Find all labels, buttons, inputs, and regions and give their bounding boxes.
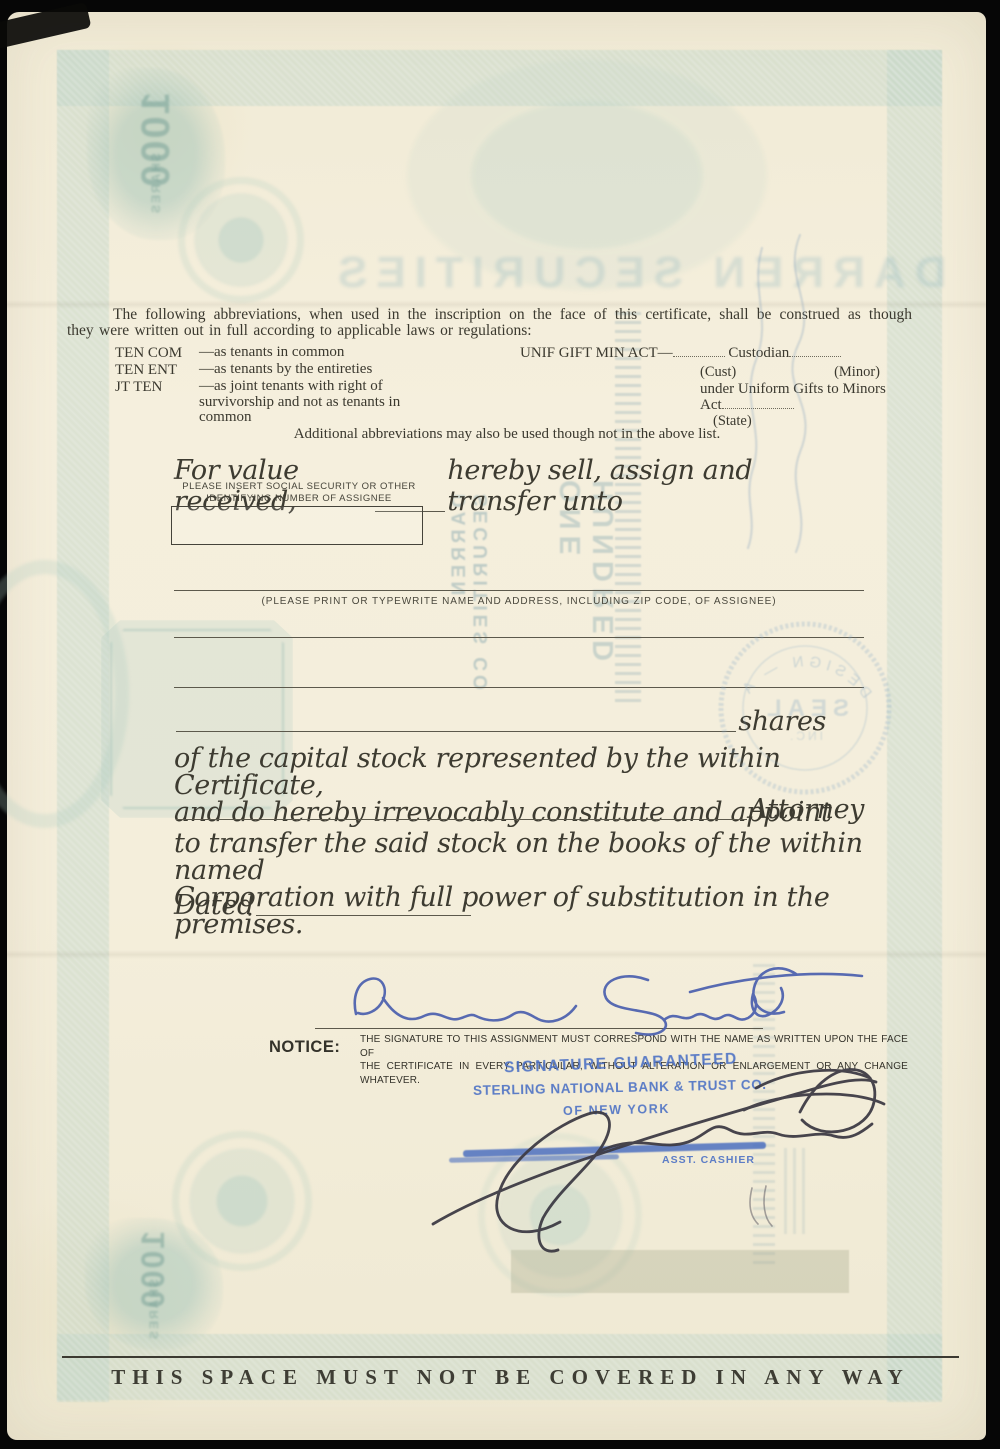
- bank-officer-signature: [433, 1070, 884, 1252]
- corporate-seal-showthrough: DESIGN — A SEAL INC.: [721, 624, 889, 792]
- scanned-certificate-back: 1000 SHARES 1000 SHARES DARREN SECURITIE…: [0, 0, 1000, 1449]
- pen-mark: [750, 1186, 772, 1226]
- assignor-signature: [355, 968, 862, 1034]
- seal-bottom-text: INC.: [787, 729, 823, 743]
- front-signatures-showthrough: [748, 235, 806, 552]
- seal-center-text: SEAL: [761, 695, 849, 722]
- seal-and-signatures-overlay: DESIGN — A SEAL INC.: [0, 0, 1000, 1449]
